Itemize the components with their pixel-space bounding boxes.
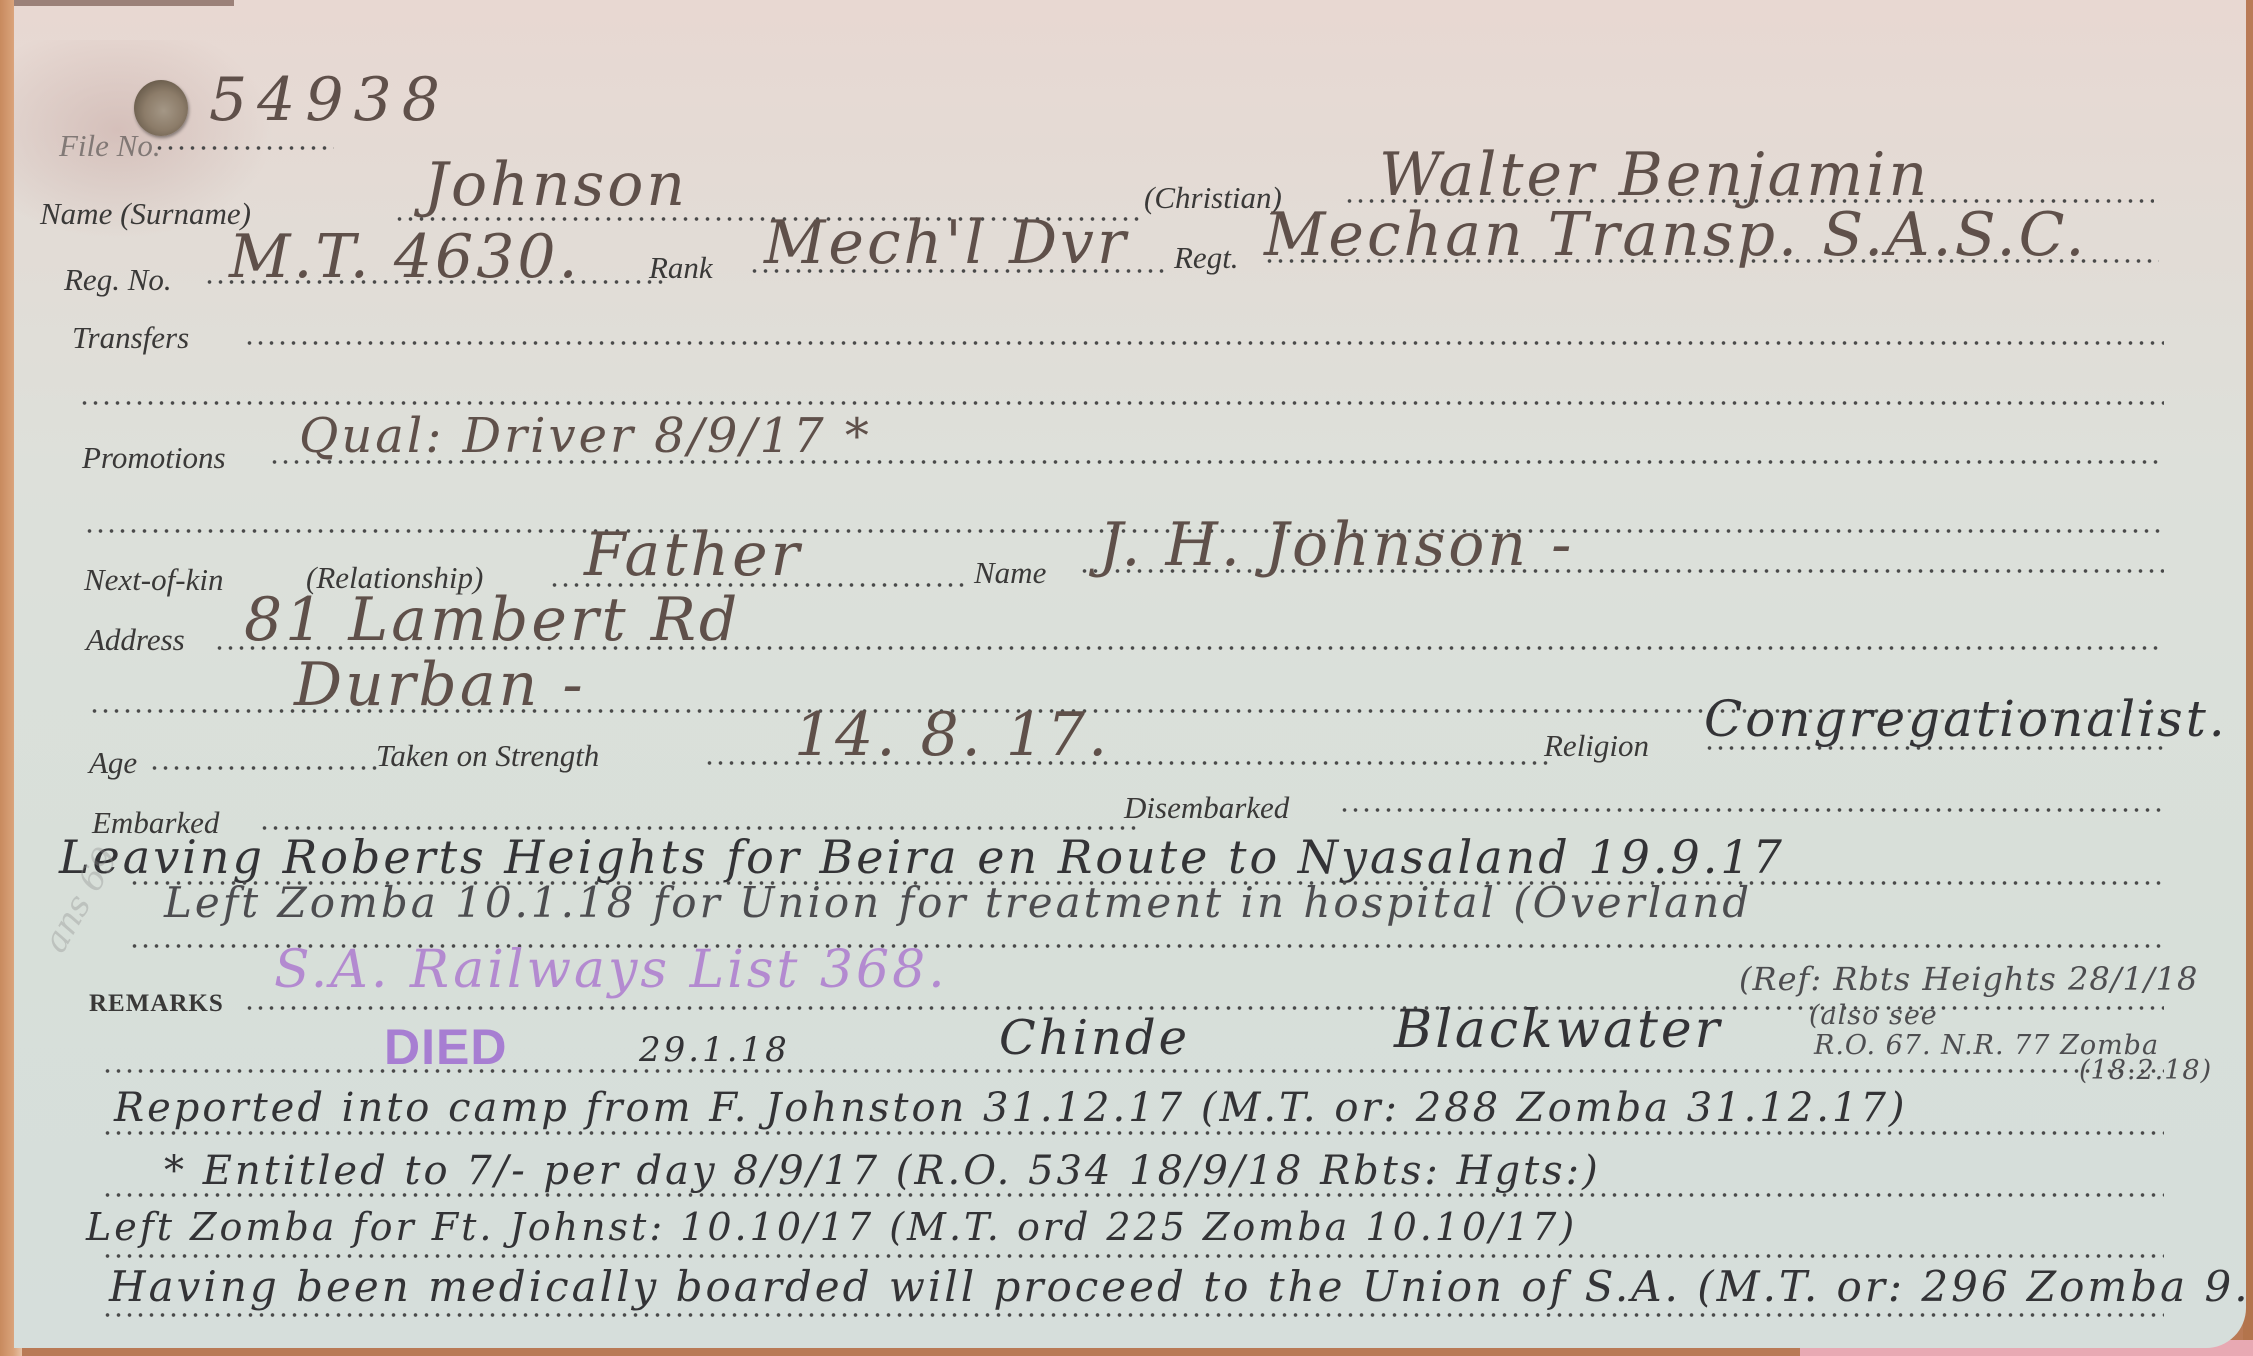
relationship-value: Father [584,520,802,590]
reg-no-label: Reg. No. [64,262,172,298]
also-see-note: (also see [1809,1000,1938,1031]
regt-value: Mechan Transp. S.A.S.C. [1264,200,2087,270]
disembarked-line [1339,807,2164,813]
rank-label: Rank [649,250,713,286]
regt-label: Regt. [1174,240,1239,276]
surname-label: Name (Surname) [40,196,251,232]
transfers-line-2 [79,400,2164,406]
address-line2: Durban - [294,650,586,720]
remark-line-boarded: Having been medically boarded will proce… [109,1262,2253,1311]
remark-line-pay: * Entitled to 7/- per day 8/9/17 (R.O. 5… [164,1148,1601,1194]
remarks-dotline-4 [102,1068,2164,1074]
reg-no-value: M.T. 4630. [229,222,581,292]
transfers-label: Transfers [72,320,189,356]
age-line [149,765,379,771]
remark-line-1: Leaving Roberts Heights for Beira en Rou… [59,830,1785,884]
ref-note: (Ref: Rbts Heights 28/1/18 [1739,960,2198,998]
address-label: Address [86,622,185,658]
card-shadow [14,0,234,6]
kin-name-label: Name [974,555,1046,591]
death-date: 29.1.18 [639,1030,790,1070]
death-cause: Blackwater [1394,1000,1723,1060]
christian-label: (Christian) [1144,180,1282,216]
record-card: File No. 54938 Name (Surname) Johnson (C… [14,0,2246,1348]
promotions-label: Promotions [82,440,226,476]
remarks-dotline-6 [102,1192,2164,1198]
death-place: Chinde [999,1010,1190,1066]
taken-on-strength-value: 14. 8. 17. [794,700,1110,770]
remarks-dotline-5 [102,1130,2164,1136]
remarks-label: REMARKS [89,990,224,1018]
disembarked-label: Disembarked [1124,790,1289,826]
remarks-dotline-7 [102,1253,2164,1259]
transfers-line [244,340,2164,346]
age-label: Age [89,745,137,781]
file-no-label: File No. [59,128,161,164]
address-line1: 81 Lambert Rd [244,585,740,655]
file-no-value: 54938 [209,65,450,135]
taken-on-strength-label: Taken on Strength [376,738,599,774]
next-of-kin-label: Next-of-kin [84,562,223,598]
railways-note: S.A. Railways List 368. [274,940,948,1000]
religion-label: Religion [1544,728,1649,764]
promotions-value: Qual: Driver 8/9/17 * [299,408,872,464]
pencil-note: ans 69 [35,841,126,959]
remark-line-left-zomba: Left Zomba for Ft. Johnst: 10.10/17 (M.T… [86,1205,1577,1249]
surname-value: Johnson [424,150,688,220]
file-no-line [154,145,334,151]
remarks-dotline-8 [102,1312,2164,1318]
kin-name-value: J. H. Johnson - [1099,510,1574,580]
rank-value: Mech'l Dvr [764,208,1129,278]
remark-line-2: Left Zomba 10.1.18 for Union for treatme… [164,878,1752,927]
remark-line-camp: Reported into camp from F. Johnston 31.1… [114,1085,1908,1131]
religion-value: Congregationalist. [1704,690,2228,748]
